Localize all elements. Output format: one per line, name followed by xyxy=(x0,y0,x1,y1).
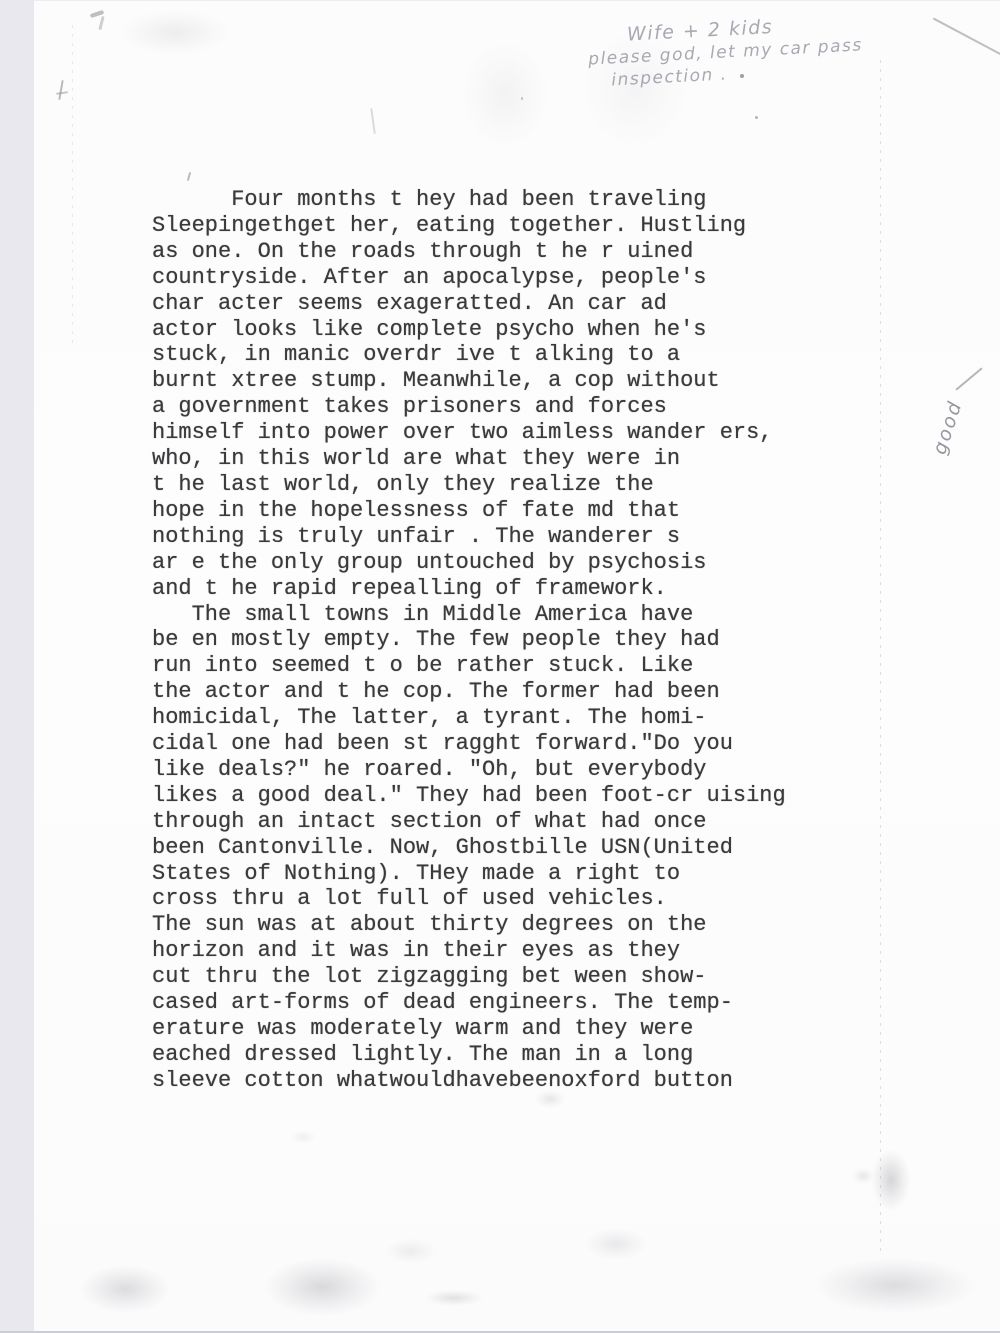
scan-smudge xyxy=(265,1258,380,1316)
typed-line: been Cantonville. Now, Ghostbille USN(Un… xyxy=(152,835,852,861)
typed-line: run into seemed t o be rather stuck. Lik… xyxy=(152,653,852,679)
typewritten-text-block: Four months t hey had been travelingSlee… xyxy=(152,187,852,1094)
typed-line: ar e the only group untouched by psychos… xyxy=(152,550,852,576)
scan-smudge xyxy=(580,30,690,150)
scan-smudge xyxy=(425,1290,483,1306)
scanned-paper: Wife + 2 kids please god, let my car pas… xyxy=(34,0,1000,1332)
typed-line: the actor and t he cop. The former had b… xyxy=(152,679,852,705)
typed-line: likes a good deal." They had been foot-c… xyxy=(152,783,852,809)
typed-line: burnt xtree stump. Meanwhile, a cop with… xyxy=(152,368,852,394)
scan-smudge xyxy=(460,40,550,150)
typed-line: homicidal, The latter, a tyrant. The hom… xyxy=(152,705,852,731)
stray-dot xyxy=(755,116,758,119)
typed-line: actor looks like complete psycho when he… xyxy=(152,317,852,343)
scanned-document-page: { "page": { "viewer_background": "#e8e8e… xyxy=(0,0,1000,1333)
typed-line: and t he rapid repealling of framework. xyxy=(152,576,852,602)
fold-line-right xyxy=(880,60,881,1255)
scan-smudge xyxy=(80,1265,170,1313)
typed-line: hope in the hopelessness of fate md that xyxy=(152,498,852,524)
scan-smudge xyxy=(872,1150,910,1210)
scan-smudge xyxy=(852,1168,874,1184)
typed-line: through an intact section of what had on… xyxy=(152,809,852,835)
typed-line: nothing is truly unfair . The wanderer s xyxy=(152,524,852,550)
scan-smudge xyxy=(535,1090,565,1108)
typed-line: cut thru the lot zigzagging bet ween sho… xyxy=(152,964,852,990)
typed-line: be en mostly empty. The few people they … xyxy=(152,627,852,653)
typed-line: countryside. After an apocalypse, people… xyxy=(152,265,852,291)
fold-line-left xyxy=(72,25,73,345)
typed-line: The sun was at about thirty degrees on t… xyxy=(152,912,852,938)
scan-smudge xyxy=(585,1228,647,1260)
typed-line: States of Nothing). THey made a right to xyxy=(152,861,852,887)
typed-line: sleeve cotton whatwouldhavebeenoxford bu… xyxy=(152,1068,852,1094)
typed-line: The small towns in Middle America have xyxy=(152,602,852,628)
typed-line: cidal one had been st ragght forward."Do… xyxy=(152,731,852,757)
typed-line: t he last world, only they realize the xyxy=(152,472,852,498)
typed-line: himself into power over two aimless wand… xyxy=(152,420,852,446)
stray-dot xyxy=(521,97,523,100)
typed-line: cased art-forms of dead engineers. The t… xyxy=(152,990,852,1016)
typed-line: as one. On the roads through t he r uine… xyxy=(152,239,852,265)
scan-smudge xyxy=(290,1130,316,1144)
typed-line: horizon and it was in their eyes as they xyxy=(152,938,852,964)
typed-line: who, in this world are what they were in xyxy=(152,446,852,472)
stray-dot xyxy=(740,74,744,78)
viewer-background-strip xyxy=(0,0,34,1333)
typed-line: Four months t hey had been traveling xyxy=(152,187,852,213)
scan-smudge xyxy=(815,1258,975,1313)
typed-line: Sleepingethget her, eating together. Hus… xyxy=(152,213,852,239)
typed-line: like deals?" he roared. "Oh, but everybo… xyxy=(152,757,852,783)
typed-line: eached dressed lightly. The man in a lon… xyxy=(152,1042,852,1068)
typed-line: erature was moderately warm and they wer… xyxy=(152,1016,852,1042)
scan-smudge xyxy=(385,1238,437,1264)
typed-line: char acter seems exageratted. An car ad xyxy=(152,291,852,317)
typed-line: stuck, in manic overdr ive t alking to a xyxy=(152,342,852,368)
typed-line: a government takes prisoners and forces xyxy=(152,394,852,420)
scan-smudge xyxy=(120,10,230,55)
typed-line: cross thru a lot full of used vehicles. xyxy=(152,886,852,912)
